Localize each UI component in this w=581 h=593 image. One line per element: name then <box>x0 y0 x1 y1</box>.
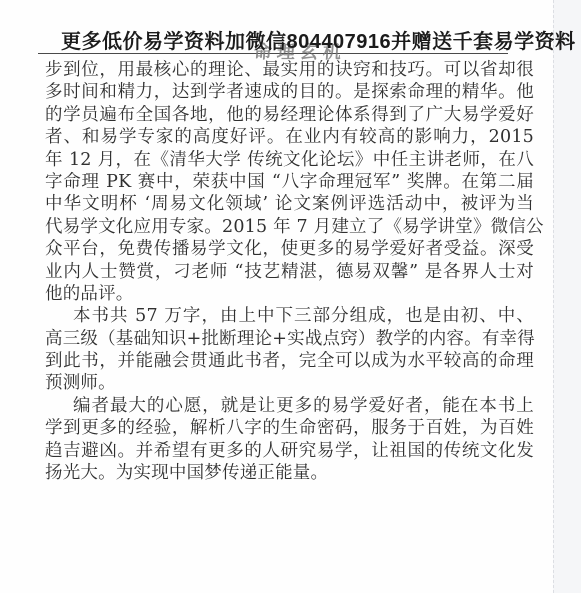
body-text-line: 预测师。 <box>45 372 534 394</box>
body-text-line: 趋吉避凶。并希望有更多的人研究易学，让祖国的传统文化发 <box>45 440 534 462</box>
body-text-line: 学到更多的经验，解析八字的生命密码，服务于百姓，为百姓 <box>45 417 534 439</box>
body-text-block: 步到位，用最核心的理论、最实用的诀窍和技巧。可以省却很 多时间和精力，达到学者速… <box>45 59 534 484</box>
scanned-page: 命理玄机 更多低价易学资料加微信804407916并赠送千套易学资料 步到位，用… <box>0 0 581 593</box>
ad-banner-text: 更多低价易学资料加微信804407916并赠送千套易学资料 <box>61 25 576 54</box>
body-text-line: 者、和易学专家的高度好评。在业内有较高的影响力，2015 <box>45 126 534 148</box>
body-text-line: 他的品评。 <box>45 283 534 305</box>
body-text-line: 众平台，免费传播易学文化，使更多的易学爱好者受益。深受 <box>45 238 534 260</box>
body-text-line: 高三级（基础知识+批断理论+实战点窍）教学的内容。有幸得 <box>45 328 534 350</box>
body-text-line: 的学员遍布全国各地，他的易经理论体系得到了广大易学爱好 <box>45 104 534 126</box>
body-text-line: 本书共 57 万字，由上中下三部分组成，也是由初、中、 <box>45 305 534 327</box>
body-text-line: 扬光大。为实现中国梦传递正能量。 <box>45 462 534 484</box>
body-text-line: 多时间和精力，达到学者速成的目的。是探索命理的精华。他 <box>45 81 534 103</box>
body-text-line: 编者最大的心愿，就是让更多的易学爱好者，能在本书上 <box>45 395 534 417</box>
body-text-line: 到此书，并能融会贯通此书者，完全可以成为水平较高的命理 <box>45 350 534 372</box>
body-text-line: 业内人士赞赏，刁老师 “技艺精湛，德易双馨” 是各界人士对 <box>45 261 534 283</box>
page-right-gutter <box>553 0 581 593</box>
body-text-line: 中华文明杯 ‘周易文化领域’ 论文案例评选活动中，被评为当 <box>45 193 534 215</box>
body-text-line: 字命理 PK 赛中，荣获中国 “八字命理冠军” 奖牌。在第二届 <box>45 171 534 193</box>
body-text-line: 年 12 月，在《清华大学 传统文化论坛》中任主讲老师，在八 <box>45 149 534 171</box>
body-text-line: 代易学文化应用专家。2015 年 7 月建立了《易学讲堂》微信公 <box>45 216 534 238</box>
